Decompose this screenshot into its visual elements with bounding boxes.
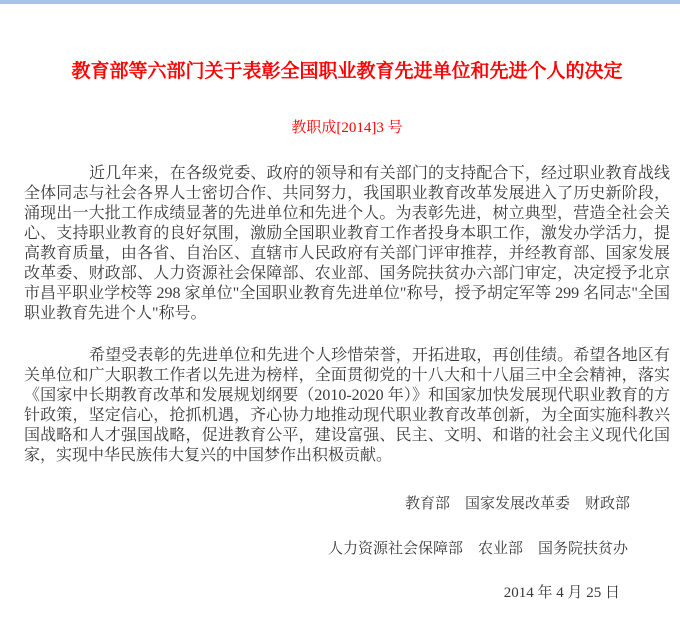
document-date: 2014 年 4 月 25 日 [24,583,670,603]
signature-line-2: 人力资源社会保障部 农业部 国务院扶贫办 [24,539,670,559]
top-border-bar [0,0,680,4]
document-page: 教育部等六部门关于表彰全国职业教育先进单位和先进个人的决定 教职成[2014]3… [0,60,680,603]
body-paragraph-1: 近几年来，在各级党委、政府的领导和有关部门的支持配合下，经过职业教育战线全体同志… [24,164,670,324]
signature-line-1: 教育部 国家发展改革委 财政部 [24,494,670,514]
document-number: 教职成[2014]3 号 [24,118,670,138]
document-title: 教育部等六部门关于表彰全国职业教育先进单位和先进个人的决定 [24,60,670,84]
body-paragraph-2: 希望受表彰的先进单位和先进个人珍惜荣誉，开拓进取，再创佳绩。希望各地区有关单位和… [24,346,670,466]
